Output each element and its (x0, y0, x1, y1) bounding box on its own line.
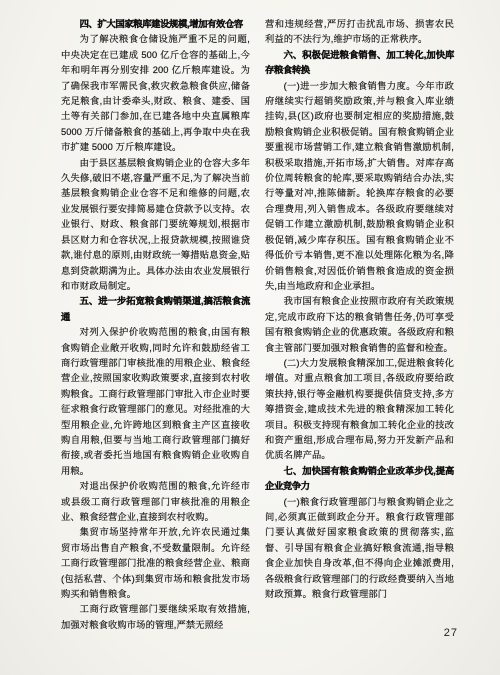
section-heading-7: 七、加快国有粮食购销企业改革步伐,提高企业竞争力 (265, 464, 454, 495)
section-heading-4: 四、扩大国家粮库建设规模,增加有效仓容 (61, 17, 250, 32)
paragraph: 对列入保护价收购范围的粮食,由国有粮食购销企业敞开收购,同时允许和鼓励经省工商行… (61, 325, 250, 479)
text-column-left: 四、扩大国家粮库建设规模,增加有效仓容 为了解决粮食仓储设施严重不足的问题,中央… (61, 17, 250, 633)
section-heading-5: 五、进一步拓宽粮食购销渠道,搞活粮食流通 (61, 294, 250, 325)
paragraph: (一)进一步加大粮食销售力度。今年市政府继续实行超销奖励政策,并与粮食入库业绩挂… (265, 79, 454, 295)
two-column-text-area: 四、扩大国家粮库建设规模,增加有效仓容 为了解决粮食仓储设施严重不足的问题,中央… (61, 17, 454, 633)
paragraph-continuation: 营和违规经营,严厉打击扰乱市场、损害农民利益的不法行为,维护市场的正常秩序。 (265, 17, 454, 48)
paragraph: (二)大力发展粮食精深加工,促进粮食转化增值。对重点粮食加工项目,各级政府要给政… (265, 356, 454, 464)
section-heading-6: 六、积极促进粮食销售、加工转化,加快库存粮食转换 (265, 48, 454, 79)
paragraph: 对退出保护价收购范围的粮食,允许经市或县级工商行政管理部门审核批准的用粮企业、粮… (61, 479, 250, 525)
paragraph: 为了解决粮食仓储设施严重不足的问题,中央决定在已建成 500 亿斤仓容的基础上,… (61, 32, 250, 155)
paragraph: 集贸市场坚持常年开放,允许农民通过集贸市场出售自产粮食,不受数量限制。允许经工商… (61, 525, 250, 602)
paragraph: 我市国有粮食企业按照市政府有关政策规定,完成市政府下达的粮食销售任务,仍可享受国… (265, 294, 454, 356)
text-column-right: 营和违规经营,严厉打击扰乱市场、损害农民利益的不法行为,维护市场的正常秩序。 六… (265, 17, 454, 633)
paragraph: 工商行政管理部门要继续采取有效措施,加强对粮食收购市场的管理,严禁无照经 (61, 602, 250, 633)
scanned-document-page: 四、扩大国家粮库建设规模,增加有效仓容 为了解决粮食仓储设施严重不足的问题,中央… (0, 0, 500, 675)
paragraph: (一)粮食行政管理部门与粮食购销企业之间,必须真正做到政企分开。粮食行政管理部门… (265, 495, 454, 603)
paragraph: 由于县区基层粮食购销企业的仓容大多年久失修,破旧不堪,容量严重不足,为了解决当前… (61, 156, 250, 295)
page-number: 27 (444, 627, 458, 639)
